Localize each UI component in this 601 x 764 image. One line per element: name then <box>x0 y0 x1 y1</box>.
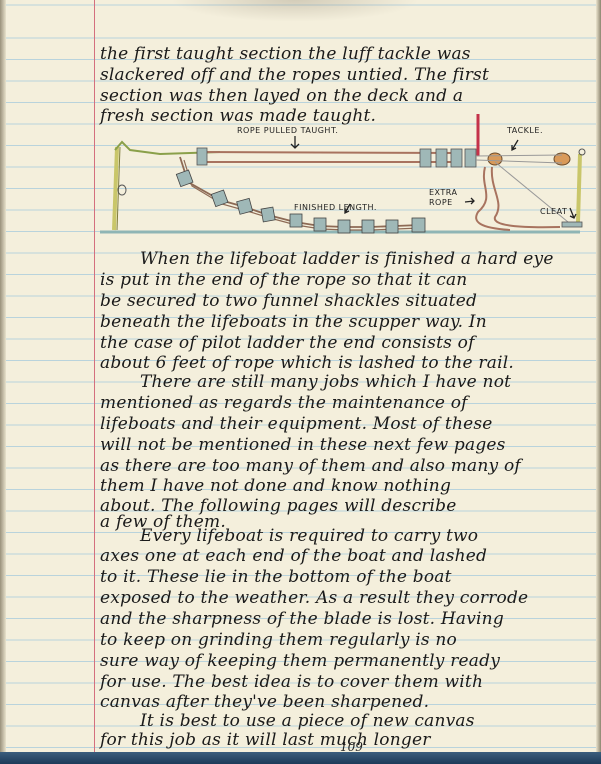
text-line: will not be mentioned in these next few … <box>100 435 506 455</box>
label-rope-pulled-taught: ROPE PULLED TAUGHT. <box>237 126 338 135</box>
text-line: section was then layed on the deck and a <box>100 86 463 106</box>
text-line: exposed to the weather. As a result they… <box>100 588 528 608</box>
text-line: and the sharpness of the blade is lost. … <box>100 609 504 629</box>
text-line: the first taught section the luff tackle… <box>100 44 471 64</box>
text-line: for use. The best idea is to cover them … <box>100 672 483 692</box>
scan-bottom-edge <box>0 752 601 764</box>
text-line: slackered off and the ropes untied. The … <box>100 65 489 85</box>
text-line: lifeboats and their equipment. Most of t… <box>100 414 493 434</box>
text-line: as there are too many of them and also m… <box>100 456 521 476</box>
text-line: It is best to use a piece of new canvas <box>140 711 475 731</box>
label-cleat: CLEAT <box>540 207 567 216</box>
text-line: canvas after they've been sharpened. <box>100 692 429 712</box>
text-line: mentioned as regards the maintenance of <box>100 393 468 413</box>
notebook-page: the first taught section the luff tackle… <box>0 0 601 764</box>
text-line: about 6 feet of rope which is lashed to … <box>100 353 514 373</box>
text-line: There are still many jobs which I have n… <box>140 372 511 392</box>
text-line: Every lifeboat is required to carry two <box>140 526 478 546</box>
text-line: the case of pilot ladder the end consist… <box>100 333 475 353</box>
ladder-making-diagram: ROPE PULLED TAUGHT. TACKLE. EXTRA ROPE C… <box>100 112 600 242</box>
page-shadow <box>170 0 420 22</box>
text-line: be secured to two funnel shackles situat… <box>100 291 477 311</box>
label-tackle: TACKLE. <box>507 126 543 135</box>
label-extra-rope-2: ROPE <box>429 198 453 207</box>
text-line: beneath the lifeboats in the scupper way… <box>100 312 487 332</box>
text-line: for this job as it will last much longer <box>100 730 431 750</box>
page-left-edge <box>0 0 6 764</box>
text-line: is put in the end of the rope so that it… <box>100 270 467 290</box>
label-extra-rope-1: EXTRA <box>429 188 458 197</box>
text-line: to keep on grinding them regularly is no <box>100 630 457 650</box>
text-line: to it. These lie in the bottom of the bo… <box>100 567 452 587</box>
label-finished-length: FINISHED LENGTH. <box>294 203 377 212</box>
text-line: axes one at each end of the boat and las… <box>100 546 487 566</box>
text-line: When the lifeboat ladder is finished a h… <box>140 249 554 269</box>
text-line: them I have not done and know nothing <box>100 476 451 496</box>
margin-line <box>94 0 95 752</box>
text-line: sure way of keeping them permanently rea… <box>100 651 500 671</box>
